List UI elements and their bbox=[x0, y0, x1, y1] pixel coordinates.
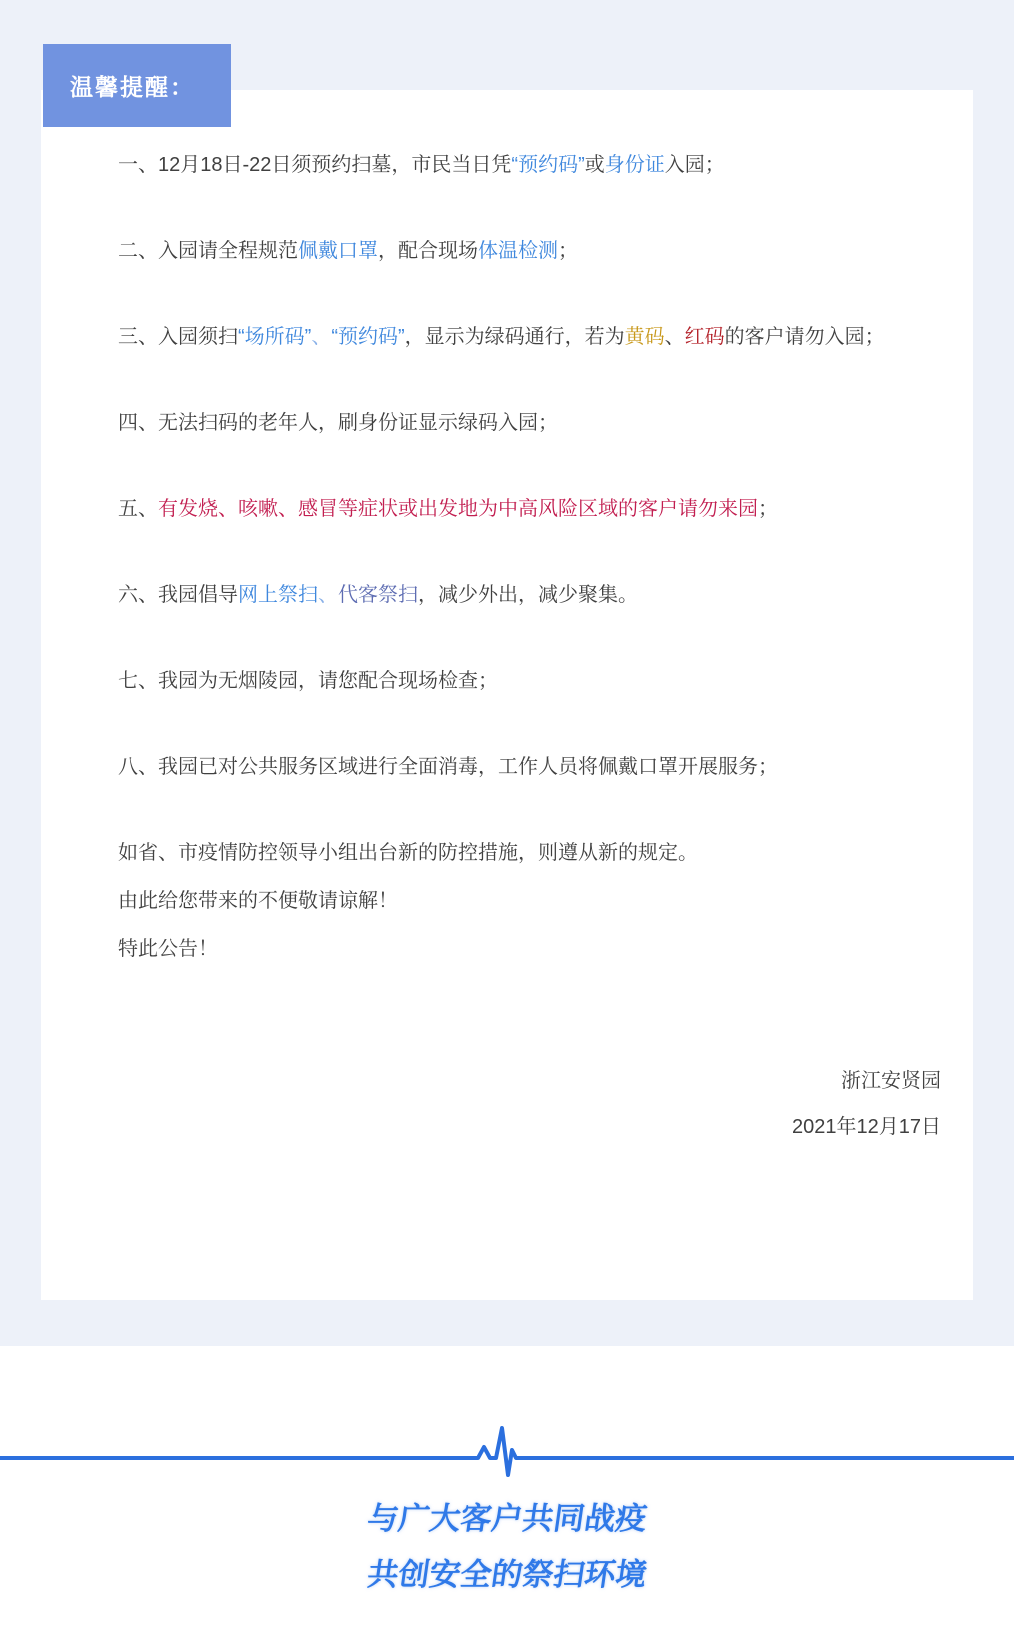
notice-paragraph: 一、12月18日-22日须预约扫墓，市民当日凭“预约码”或身份证入园； bbox=[73, 141, 941, 189]
highlight-run: 红码 bbox=[685, 326, 725, 348]
text-run: 一、12月18日-22日须预约扫墓，市民当日凭 bbox=[118, 154, 511, 176]
text-run: ； bbox=[558, 240, 578, 262]
text-run: 二、入园请全程规范 bbox=[118, 240, 298, 262]
notice-paragraph: 五、有发烧、咳嗽、感冒等症状或出发地为中高风险区域的客户请勿来园； bbox=[73, 485, 941, 533]
highlight-run: 体温检测 bbox=[478, 240, 558, 262]
text-run: 三、入园须扫 bbox=[118, 326, 238, 348]
slogan-line-1: 与广大客户共同战疫 bbox=[0, 1502, 1014, 1536]
closing-line: 如省、市疫情防控领导小组出台新的防控措施，则遵从新的规定。 bbox=[73, 829, 941, 877]
text-run: 六、我园倡导 bbox=[118, 584, 238, 606]
closing-line: 特此公告！ bbox=[73, 925, 941, 973]
highlight-run: “预约码” bbox=[511, 154, 584, 176]
text-run: ，显示为绿码通行，若为 bbox=[405, 326, 625, 348]
highlight-run: 、 bbox=[318, 584, 338, 606]
notice-section: 温馨提醒： 一、12月18日-22日须预约扫墓，市民当日凭“预约码”或身份证入园… bbox=[0, 0, 1014, 1346]
notice-paragraph: 四、无法扫码的老年人，刷身份证显示绿码入园； bbox=[73, 399, 941, 447]
highlight-run: “场所码” bbox=[238, 326, 311, 348]
text-run: ，配合现场 bbox=[378, 240, 478, 262]
text-run: 、 bbox=[665, 326, 685, 348]
signature-block: 浙江安贤园 2021年12月17日 bbox=[73, 1058, 941, 1150]
text-run: ； bbox=[758, 498, 778, 520]
highlight-run: 佩戴口罩 bbox=[298, 240, 378, 262]
text-run: 八、我园已对公共服务区域进行全面消毒，工作人员将佩戴口罩开展服务； bbox=[118, 756, 778, 778]
notice-paragraph: 二、入园请全程规范佩戴口罩，配合现场体温检测； bbox=[73, 227, 941, 275]
highlight-run: 、 bbox=[311, 326, 331, 348]
notice-items: 一、12月18日-22日须预约扫墓，市民当日凭“预约码”或身份证入园；二、入园请… bbox=[73, 141, 941, 791]
notice-paragraph: 七、我园为无烟陵园，请您配合现场检查； bbox=[73, 657, 941, 705]
heartbeat-pulse-divider-icon bbox=[0, 1422, 1014, 1494]
text-run: 的客户请勿入园； bbox=[725, 326, 885, 348]
footer-section: 与广大客户共同战疫 共创安全的祭扫环境 bbox=[0, 1346, 1014, 1632]
text-run: ，减少外出，减少聚集。 bbox=[418, 584, 638, 606]
notice-paragraph: 三、入园须扫“场所码”、“预约码”，显示为绿码通行，若为黄码、红码的客户请勿入园… bbox=[73, 313, 941, 361]
notice-page: 温馨提醒： 一、12月18日-22日须预约扫墓，市民当日凭“预约码”或身份证入园… bbox=[0, 0, 1014, 1632]
highlight-run: 黄码 bbox=[625, 326, 665, 348]
text-run: 或 bbox=[585, 154, 605, 176]
slogan-line-2: 共创安全的祭扫环境 bbox=[0, 1558, 1014, 1592]
signature-date: 2021年12月17日 bbox=[73, 1104, 941, 1150]
text-run: 七、我园为无烟陵园，请您配合现场检查； bbox=[118, 670, 498, 692]
text-run: 四、无法扫码的老年人，刷身份证显示绿码入园； bbox=[118, 412, 558, 434]
highlight-run: 有发烧、咳嗽、感冒等症状或出发地为中高风险区域的客户请勿来园 bbox=[158, 498, 758, 520]
highlight-run: 网上祭扫 bbox=[238, 584, 318, 606]
notice-badge: 温馨提醒： bbox=[43, 44, 231, 127]
highlight-run: 身份证 bbox=[605, 154, 665, 176]
signature-name: 浙江安贤园 bbox=[73, 1058, 941, 1104]
notice-paragraph: 六、我园倡导网上祭扫、代客祭扫，减少外出，减少聚集。 bbox=[73, 571, 941, 619]
notice-card: 温馨提醒： 一、12月18日-22日须预约扫墓，市民当日凭“预约码”或身份证入园… bbox=[41, 90, 973, 1300]
text-run: 五、 bbox=[118, 498, 158, 520]
text-run: 入园； bbox=[665, 154, 725, 176]
highlight-run: 代客祭扫 bbox=[338, 584, 418, 606]
notice-paragraph: 八、我园已对公共服务区域进行全面消毒，工作人员将佩戴口罩开展服务； bbox=[73, 743, 941, 791]
highlight-run: “预约码” bbox=[331, 326, 404, 348]
badge-label: 温馨提醒： bbox=[70, 69, 195, 102]
closing-line: 由此给您带来的不便敬请谅解！ bbox=[73, 877, 941, 925]
